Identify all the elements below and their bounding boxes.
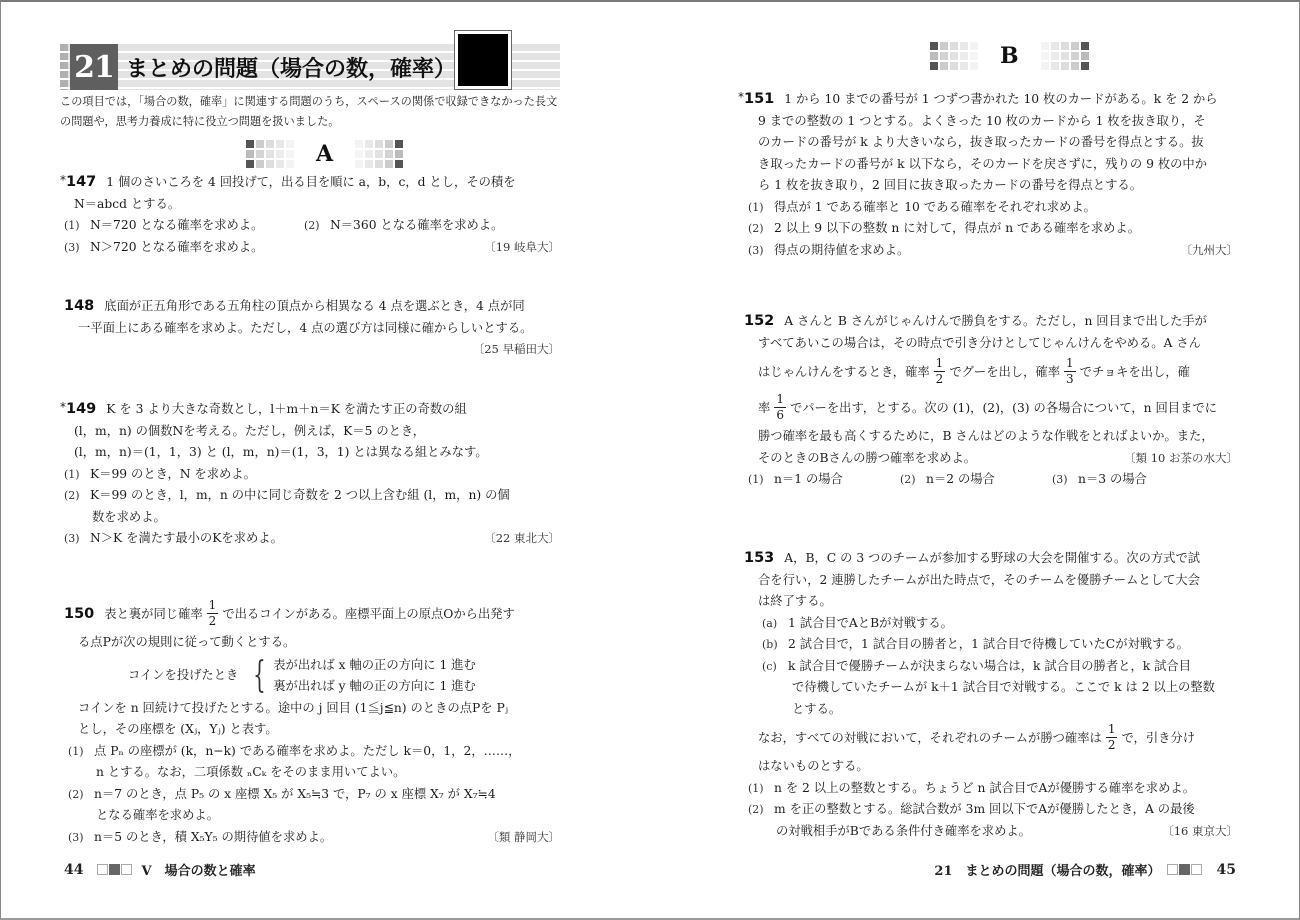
problem-text: 率16でパーを出す，とする。次の (1)，(2)，(3) の各場合について，n … bbox=[744, 390, 1238, 426]
rule-c-cont: で待機していたチームが k＋1 試合目で対戦する。ここで k は 2 以上の整数 bbox=[744, 677, 1238, 699]
section-grid-right-icon bbox=[355, 140, 403, 168]
intro-line: この項目では，「場合の数，確率」に関連する問題のうち，スペースの関係で収録できな… bbox=[60, 92, 560, 112]
problem-text: そのときのBさんの勝つ確率を求めよ。 bbox=[758, 448, 976, 470]
problem-number: 149 bbox=[66, 399, 96, 421]
subquestions-row: (3)n＝5 のとき，積 X₅Y₅ の期待値を求めよ。 〔類 静岡大〕 bbox=[64, 827, 560, 849]
problem-text: 9 までの整数の 1 つとする。よくきった 10 枚のカードから 1 枚を抜き取… bbox=[738, 111, 1238, 133]
rule-line: 裏が出れば y 軸の正の方向に 1 進む bbox=[273, 676, 476, 697]
problem-number: 152 bbox=[744, 311, 774, 333]
problem-text: 1 から 10 までの番号が 1 つずつ書かれた 10 枚のカードがある。k を… bbox=[784, 92, 1217, 106]
fraction: 12 bbox=[207, 598, 219, 629]
subquestion-2: (2)2 以上 9 以下の整数 n に対して，得点が n である確率を求めよ。 bbox=[738, 218, 1238, 240]
problem-text: はないものとする。 bbox=[744, 756, 1238, 778]
section-heading-b: B bbox=[930, 38, 1089, 74]
problem-text: A さんと B さんがじゃんけんで勝負をする。ただし，n 回目まで出した手が bbox=[784, 314, 1207, 328]
subquestion-3: (3)N＞K を満たす最小のKを求めよ。 bbox=[60, 528, 283, 550]
subquestion-2-cont: の対戦相手がBである条件付き確率を求めよ。 bbox=[776, 821, 1031, 843]
problem-text: A，B，C の 3 つのチームが参加する野球の大会を開催する。次の方式で試 bbox=[784, 551, 1200, 565]
problem-149: *149K を 3 より大きな奇数とし，l＋m＋n＝K を満たす正の奇数の組 (… bbox=[60, 399, 560, 550]
footer-squares-icon bbox=[1167, 864, 1203, 875]
chapter-header: 21 まとめの問題（場合の数，確率） bbox=[60, 44, 560, 90]
rule-c-cont: とする。 bbox=[744, 699, 1238, 721]
footer-chapter-label: 21 まとめの問題（場合の数，確率） bbox=[934, 860, 1160, 879]
fraction: 12 bbox=[1106, 722, 1118, 753]
left-brace-icon: { bbox=[253, 656, 266, 696]
problem-text: のカードの番号が k より大きいなら，抜き取ったカードの番号を得点とする。抜 bbox=[738, 132, 1238, 154]
fraction: 13 bbox=[1064, 356, 1076, 387]
problem-151: *1511 から 10 までの番号が 1 つずつ書かれた 10 枚のカードがある… bbox=[738, 89, 1238, 261]
footer-right: 21 まとめの問題（場合の数，確率） 45 bbox=[934, 860, 1236, 879]
fraction: 16 bbox=[774, 392, 786, 423]
problem-text: なお，すべての対戦において，それぞれのチームが勝つ確率は12で，引き分け bbox=[744, 720, 1238, 756]
rule-a: (a)1 試合目でAとBが対戦する。 bbox=[744, 613, 1238, 635]
subquestion-2-cont-row: の対戦相手がBである条件付き確率を求めよ。 〔16 東京大〕 bbox=[744, 821, 1238, 843]
subquestion-1: (1)K＝99 のとき，N を求めよ。 bbox=[60, 464, 560, 486]
source-citation: 〔16 東京大〕 bbox=[1162, 821, 1238, 843]
star-mark: * bbox=[738, 90, 744, 104]
problem-text: コインを n 回続けて投げたとする。途中の j 回目 (1≦j≦n) のときの点… bbox=[64, 698, 560, 720]
subquestion-3: (3)n＝3 の場合 bbox=[1048, 469, 1147, 491]
subquestion-2-cont: となる確率を求めよ。 bbox=[64, 805, 560, 827]
footer-squares-icon bbox=[97, 864, 133, 875]
chapter-number: 21 bbox=[70, 44, 118, 90]
subquestion-2: (2)n＝2 の場合 bbox=[896, 469, 1048, 491]
subquestion-2: (2)K＝99 のとき，l，m，n の中に同じ奇数を 2 つ以上含む組 (l，m… bbox=[60, 485, 560, 507]
problem-text: 表と裏が同じ確率 bbox=[104, 607, 202, 621]
rule-block: コインを投げたとき { 表が出れば x 軸の正の方向に 1 進む 裏が出れば y… bbox=[64, 655, 560, 697]
problem-153: 153A，B，C の 3 つのチームが参加する野球の大会を開催する。次の方式で試… bbox=[744, 548, 1238, 842]
section-heading-a: A bbox=[246, 136, 403, 172]
subquestion-1: (1)得点が 1 である確率と 10 である確率をそれぞれ求めよ。 bbox=[738, 197, 1238, 219]
problem-150: 150表と裏が同じ確率12で出るコインがある。座標平面上の原点Oから出発す る点… bbox=[64, 596, 560, 848]
subquestions-row: (1)N＝720 となる確率を求めよ。 (2)N＝360 となる確率を求めよ。 bbox=[60, 215, 560, 237]
rule-label: コインを投げたとき bbox=[128, 665, 238, 687]
problem-text: 一平面上にある確率を求めよ。ただし，4 点の選び方は同様に確からしいとする。 bbox=[64, 318, 560, 340]
subquestion-3: (3)n＝5 のとき，積 X₅Y₅ の期待値を求めよ。 bbox=[64, 827, 332, 849]
problem-text: る点Pが次の規則に従って動くとする。 bbox=[64, 632, 560, 654]
problem-text: で出るコインがある。座標平面上の原点Oから出発す bbox=[222, 607, 515, 621]
problem-text: はじゃんけんをするとき，確率12でグーを出し，確率13でチョキを出し，確 bbox=[744, 354, 1238, 390]
subquestion-2: (2)N＝360 となる確率を求めよ。 bbox=[300, 215, 503, 237]
subquestion-1-cont: n とする。なお，二項係数 ₙCₖ をそのまま用いてよい。 bbox=[64, 762, 560, 784]
black-square-icon bbox=[454, 30, 512, 90]
section-grid-left-icon bbox=[246, 140, 294, 168]
rule-b: (b)2 試合目で，1 試合目の勝者と，1 試合目で待機していたCが対戦する。 bbox=[744, 634, 1238, 656]
problem-text: 1 個のさいころを 4 回投げて，出る目を順に a，b，c，d とし，その積を bbox=[106, 175, 515, 189]
section-letter: A bbox=[316, 141, 333, 167]
footer-chapter-label: V 場合の数と確率 bbox=[141, 860, 255, 879]
footer-left: 44 V 場合の数と確率 bbox=[64, 860, 256, 879]
subquestion-2: (2)n＝7 のとき，点 P₅ の x 座標 X₅ が X₅≒3 で，P₇ の … bbox=[64, 784, 560, 806]
source-citation: 〔25 早稲田大〕 bbox=[64, 339, 560, 361]
problem-text: すべてあいこの場合は，その時点で引き分けとしてじゃんけんをやめる。A さん bbox=[744, 333, 1238, 355]
subquestions-row: (3)N＞K を満たす最小のKを求めよ。 〔22 東北大〕 bbox=[60, 528, 560, 550]
subquestion-2: (2)m を正の整数とする。総試合数が 3m 回以下でAが優勝したとき，A の最… bbox=[744, 799, 1238, 821]
subquestions-row: (3)N＞720 となる確率を求めよ。 〔19 岐阜大〕 bbox=[60, 237, 560, 259]
subquestion-1: (1)n を 2 以上の整数とする。ちょうど n 試合目でAが優勝する確率を求め… bbox=[744, 778, 1238, 800]
source-citation: 〔類 10 お茶の水大〕 bbox=[1124, 448, 1238, 470]
problem-text: とし，その座標を (Xⱼ，Yⱼ) と表す。 bbox=[64, 719, 560, 741]
section-letter: B bbox=[1000, 43, 1019, 69]
subquestions-row: (1)n＝1 の場合 (2)n＝2 の場合 (3)n＝3 の場合 bbox=[744, 469, 1238, 491]
chapter-intro: この項目では，「場合の数，確率」に関連する問題のうち，スペースの関係で収録できな… bbox=[60, 92, 560, 132]
problem-number: 150 bbox=[64, 596, 94, 632]
subquestion-1: (1)N＝720 となる確率を求めよ。 bbox=[60, 215, 300, 237]
problem-text: N＝abcd とする。 bbox=[60, 194, 560, 216]
star-mark: * bbox=[60, 173, 66, 187]
subquestion-3: (3)N＞720 となる確率を求めよ。 bbox=[60, 237, 263, 259]
problem-147: *1471 個のさいころを 4 回投げて，出る目を順に a，b，c，d とし，そ… bbox=[60, 172, 560, 258]
problem-text: ら 1 枚を抜き取り，2 回目に抜き取ったカードの番号を得点とする。 bbox=[738, 175, 1238, 197]
subquestion-3: (3)得点の期待値を求めよ。 bbox=[744, 240, 909, 262]
problem-text: (l，m，n) の個数Nを考える。ただし，例えば，K＝5 のとき， bbox=[60, 421, 560, 443]
source-citation: 〔22 東北大〕 bbox=[484, 528, 560, 550]
problem-text: は終了する。 bbox=[744, 591, 1238, 613]
subquestions-row: (3)得点の期待値を求めよ。 〔九州大〕 bbox=[738, 240, 1238, 262]
problem-152: 152A さんと B さんがじゃんけんで勝負をする。ただし，n 回目まで出した手… bbox=[744, 311, 1238, 491]
left-page: 21 まとめの問題（場合の数，確率） この項目では，「場合の数，確率」に関連する… bbox=[60, 0, 560, 920]
source-citation: 〔九州大〕 bbox=[1181, 240, 1239, 262]
subquestion-2-cont: 数を求めよ。 bbox=[60, 507, 560, 529]
fraction: 12 bbox=[934, 356, 946, 387]
rule-line: 表が出れば x 軸の正の方向に 1 進む bbox=[273, 655, 476, 676]
problem-text: K を 3 より大きな奇数とし，l＋m＋n＝K を満たす正の奇数の組 bbox=[106, 402, 466, 416]
section-grid-left-icon bbox=[930, 42, 978, 70]
page-number: 44 bbox=[64, 862, 83, 878]
subquestion-1: (1)n＝1 の場合 bbox=[744, 469, 896, 491]
problem-text: き取ったカードの番号が k 以下なら，そのカードを戻さずに，残りの 9 枚の中か bbox=[738, 154, 1238, 176]
intro-line: の問題や，思考力養成に特に役立つ問題を扱いました。 bbox=[60, 112, 560, 132]
problem-text: 底面が正五角形である五角柱の頂点から相異なる 4 点を選ぶとき，4 点が同 bbox=[104, 299, 524, 313]
subquestion-1: (1)点 Pₙ の座標が (k，n−k) である確率を求めよ。ただし k＝0，1… bbox=[64, 741, 560, 763]
right-page: B *1511 から 10 までの番号が 1 つずつ書かれた 10 枚のカードが… bbox=[738, 0, 1238, 920]
page-number: 45 bbox=[1217, 862, 1236, 878]
star-mark: * bbox=[60, 400, 66, 414]
problem-148: 148底面が正五角形である五角柱の頂点から相異なる 4 点を選ぶとき，4 点が同… bbox=[64, 296, 560, 361]
source-citation: 〔類 静岡大〕 bbox=[487, 827, 560, 849]
problem-text-row: そのときのBさんの勝つ確率を求めよ。 〔類 10 お茶の水大〕 bbox=[744, 448, 1238, 470]
problem-text: (l，m，n)＝(1，1，3) と (l，m，n)＝(1，3，1) とは異なる組… bbox=[60, 442, 560, 464]
problem-text: 合を行い，2 連勝したチームが出た時点で，そのチームを優勝チームとして大会 bbox=[744, 570, 1238, 592]
chapter-title: まとめの問題（場合の数，確率） bbox=[126, 52, 456, 83]
problem-number: 148 bbox=[64, 296, 94, 318]
problem-number: 147 bbox=[66, 172, 96, 194]
problem-number: 151 bbox=[744, 89, 774, 111]
header-left-bar bbox=[60, 44, 68, 90]
section-grid-right-icon bbox=[1041, 42, 1089, 70]
source-citation: 〔19 岐阜大〕 bbox=[484, 237, 560, 259]
problem-text: 勝つ確率を最も高くするために，B さんはどのような作戦をとればよいか。また， bbox=[744, 426, 1238, 448]
rule-c: (c)k 試合目で優勝チームが決まらない場合は，k 試合目の勝者と，k 試合目 bbox=[744, 656, 1238, 678]
problem-number: 153 bbox=[744, 548, 774, 570]
